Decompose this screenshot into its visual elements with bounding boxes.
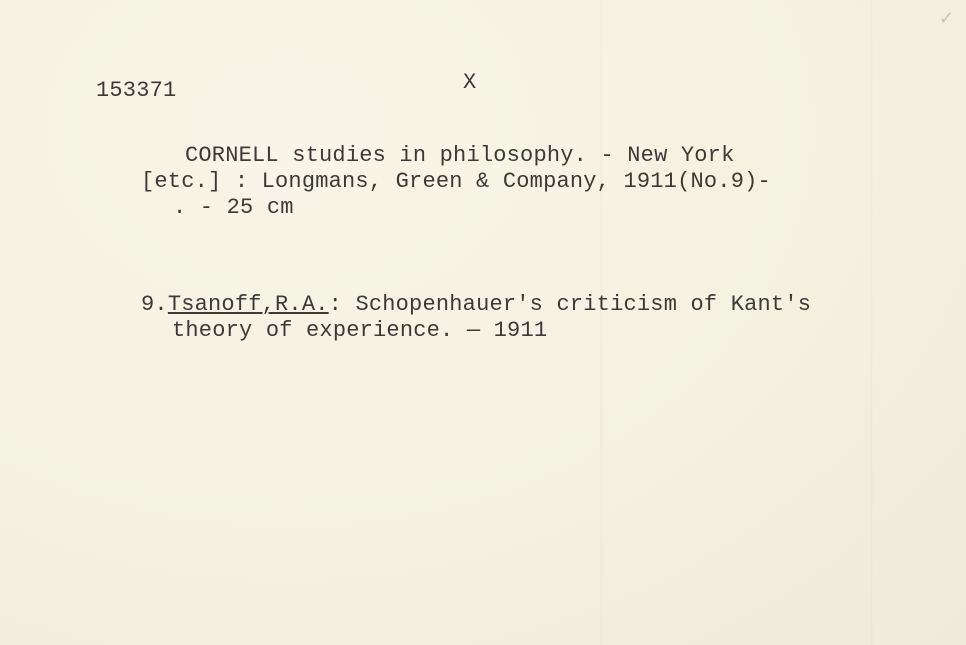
volume-author: Tsanoff,R.A. xyxy=(168,292,329,317)
volume-entry-line2: theory of experience. — 1911 xyxy=(172,318,547,344)
checkmark-icon: ✓ xyxy=(939,8,954,29)
volume-entry-line1: 9.Tsanoff,R.A.: Schopenhauer's criticism… xyxy=(141,292,811,318)
series-publisher-line: [etc.] : Longmans, Green & Company, 1911… xyxy=(141,169,771,195)
series-title-line: CORNELL studies in philosophy. - New Yor… xyxy=(185,143,735,169)
volume-title-start: : Schopenhauer's criticism of Kant's xyxy=(329,292,811,317)
catalog-card: 153371 X CORNELL studies in philosophy. … xyxy=(0,0,966,645)
accession-number: 153371 xyxy=(96,78,176,104)
card-mark: X xyxy=(463,70,476,96)
series-dimensions-line: . - 25 cm xyxy=(173,195,294,221)
volume-number: 9. xyxy=(141,292,168,317)
